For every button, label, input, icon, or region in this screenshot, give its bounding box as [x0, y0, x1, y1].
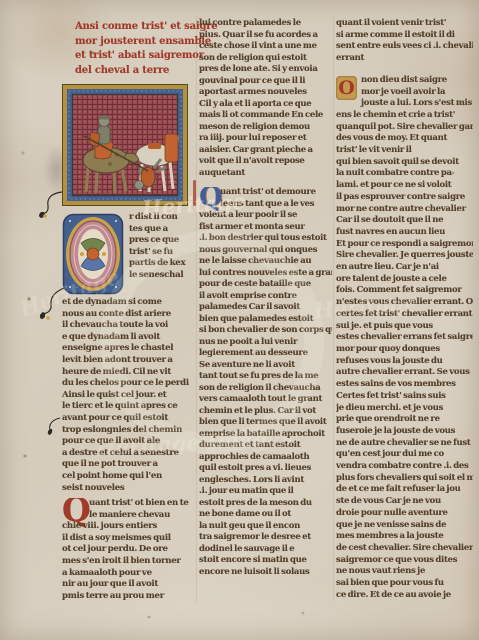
paragraph-right-2: Onon dieu dist saigre mor je voeil avoir… [336, 75, 473, 602]
paragraph-quant: Quant trist' ot bien en te le maniere ch… [62, 498, 196, 602]
watermark-ring [100, 230, 324, 454]
column-middle-para1-text: lui contre palamedes le pius. Quar il se… [199, 18, 332, 179]
parchment-speckles [0, 0, 2, 2]
rubric-text: Ansi conme trist' et saigre mor joustere… [75, 20, 196, 78]
ivy-sprig-icon [42, 416, 62, 438]
ivy-sprig-icon [36, 188, 64, 218]
column-right-para2-text: non dieu dist saigre mor je voeil avoir … [336, 75, 473, 602]
initial-Q-red: Q [62, 498, 89, 521]
manuscript-page: Ansi conme trist' et saigre mor joustere… [0, 0, 479, 640]
column-right-para1-text: quant il voient venir trist' si arme com… [336, 18, 473, 65]
initial-O-gold: O [336, 76, 357, 100]
miniature-jousting-scene [62, 84, 188, 206]
